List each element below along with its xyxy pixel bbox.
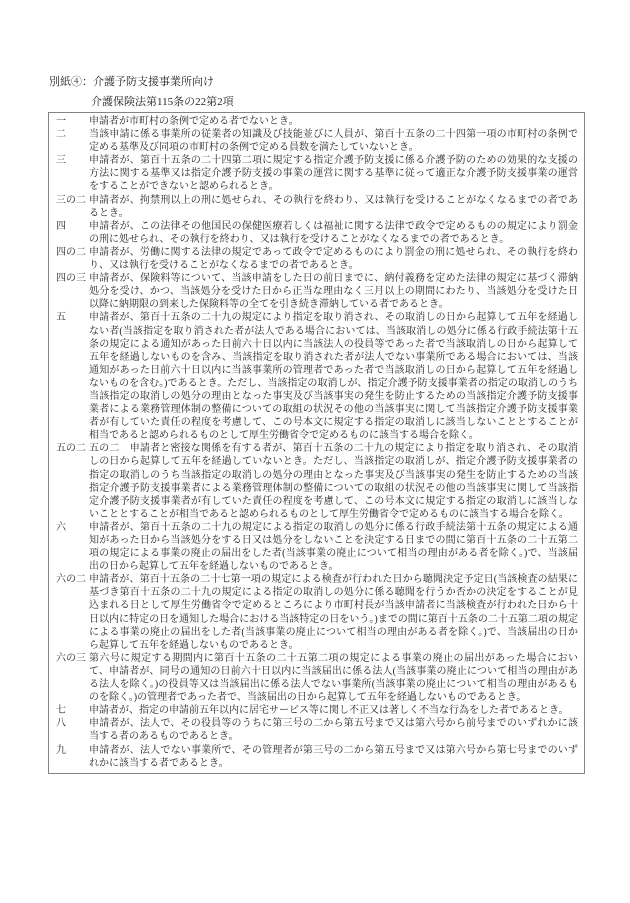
table-row: 八 申請者が、法人で、その役員等のうちに第三号の二から第五号まで又は第六号から前… xyxy=(49,717,584,743)
table-row: 四の三 申請者が、保険料等について、当該申請をした日の前日までに、納付義務を定め… xyxy=(49,272,584,311)
table-row: 一 申請者が市町村の条例で定める者でないとき。 xyxy=(49,115,584,128)
item-text: 申請者が、この法律その他国民の保健医療若しくは福祉に関する法律で政令で定めるもの… xyxy=(89,220,584,246)
item-text: 申請者が、第百十五条の二十四第二項に規定する指定介護予防支援に係る介護予防のため… xyxy=(89,154,584,193)
item-text: 申請者が、第百十五条の二十九の規定による指定の取消しの処分に係る行政手続法第十五… xyxy=(89,521,584,573)
item-text: 申請者が、労働に関する法律の規定であって政令で定めるものにより罰金の刑に処せられ… xyxy=(89,246,584,272)
item-number: 九 xyxy=(49,744,89,757)
item-number: 一 xyxy=(49,115,89,128)
attachment-label: 別紙④：介護予防支援事業所向け xyxy=(49,76,214,89)
table-row: 六の三 第六号に規定する期間内に第百十五条の二十五第二項の規定による事業の廃止の… xyxy=(49,652,584,704)
document-page: 別紙④：介護予防支援事業所向け 介護保険法第115条の22第2項 一 申請者が市… xyxy=(0,0,630,903)
table-row: 四の二 申請者が、労働に関する法律の規定であって政令で定めるものにより罰金の刑に… xyxy=(49,246,584,272)
item-text: 申請者が、法人で、その役員等のうちに第三号の二から第五号まで又は第六号から前号ま… xyxy=(89,717,584,743)
law-reference: 介護保険法第115条の22第2項 xyxy=(91,96,234,109)
item-number: 二 xyxy=(49,128,89,141)
item-number: 三 xyxy=(49,154,89,167)
table-row: 九 申請者が、法人でない事業所で、その管理者が第三号の二から第五号まで又は第六号… xyxy=(49,744,584,770)
item-number: 三の二 xyxy=(49,194,89,207)
item-number: 八 xyxy=(49,717,89,730)
item-text: 第六号に規定する期間内に第百十五条の二十五第二項の規定による事業の廃止の届出があ… xyxy=(89,652,584,704)
item-text: 申請者が、第百十五条の二十九の規定により指定を取り消され、その取消しの日から起算… xyxy=(89,311,584,442)
item-text: 申請者が、指定の申請前五年以内に居宅サービス等に関し不正又は著しく不当な行為をし… xyxy=(89,704,584,717)
table-row: 三の二 申請者が、拘禁刑以上の刑に処せられ、その執行を終わり、又は執行を受けるこ… xyxy=(49,194,584,220)
table-row: 六 申請者が、第百十五条の二十九の規定による指定の取消しの処分に係る行政手続法第… xyxy=(49,521,584,573)
item-text: 申請者が、法人でない事業所で、その管理者が第三号の二から第五号まで又は第六号から… xyxy=(89,744,584,770)
table-row: 七 申請者が、指定の申請前五年以内に居宅サービス等に関し不正又は著しく不当な行為… xyxy=(49,704,584,717)
table-row: 六の二 申請者が、第百十五条の二十七第一項の規定による検査が行われた日から聴聞決… xyxy=(49,573,584,652)
item-text: 申請者が、保険料等について、当該申請をした日の前日までに、納付義務を定めた法律の… xyxy=(89,272,584,311)
item-number: 六の三 xyxy=(49,652,89,665)
item-number: 五 xyxy=(49,311,89,324)
item-number: 六 xyxy=(49,521,89,534)
item-number: 五の二 xyxy=(49,442,89,455)
item-text: 申請者が、第百十五条の二十七第一項の規定による検査が行われた日から聴聞決定予定日… xyxy=(89,573,584,652)
item-text: 申請者が市町村の条例で定める者でないとき。 xyxy=(89,115,584,128)
table-row: 五 申請者が、第百十五条の二十九の規定により指定を取り消され、その取消しの日から… xyxy=(49,311,584,442)
item-number: 四 xyxy=(49,220,89,233)
item-number: 四の二 xyxy=(49,246,89,259)
table-row: 四 申請者が、この法律その他国民の保健医療若しくは福祉に関する法律で政令で定める… xyxy=(49,220,584,246)
table-row: 二 当該申請に係る事業所の従業者の知識及び技能並びに人員が、第百十五条の二十四第… xyxy=(49,128,584,154)
table-row: 三 申請者が、第百十五条の二十四第二項に規定する指定介護予防支援に係る介護予防の… xyxy=(49,154,584,193)
disqualification-criteria-table: 一 申請者が市町村の条例で定める者でないとき。 二 当該申請に係る事業所の従業者… xyxy=(48,112,585,774)
table-row: 五の二 五の二 申請者と密接な関係を有する者が、第百十五条の二十九の規定により指… xyxy=(49,442,584,521)
item-number: 四の三 xyxy=(49,272,89,285)
item-text: 五の二 申請者と密接な関係を有する者が、第百十五条の二十九の規定により指定を取り… xyxy=(89,442,584,521)
item-number: 六の二 xyxy=(49,573,89,586)
item-text: 当該申請に係る事業所の従業者の知識及び技能並びに人員が、第百十五条の二十四第一項… xyxy=(89,128,584,154)
item-number: 七 xyxy=(49,704,89,717)
item-text: 申請者が、拘禁刑以上の刑に処せられ、その執行を終わり、又は執行を受けることがなく… xyxy=(89,194,584,220)
